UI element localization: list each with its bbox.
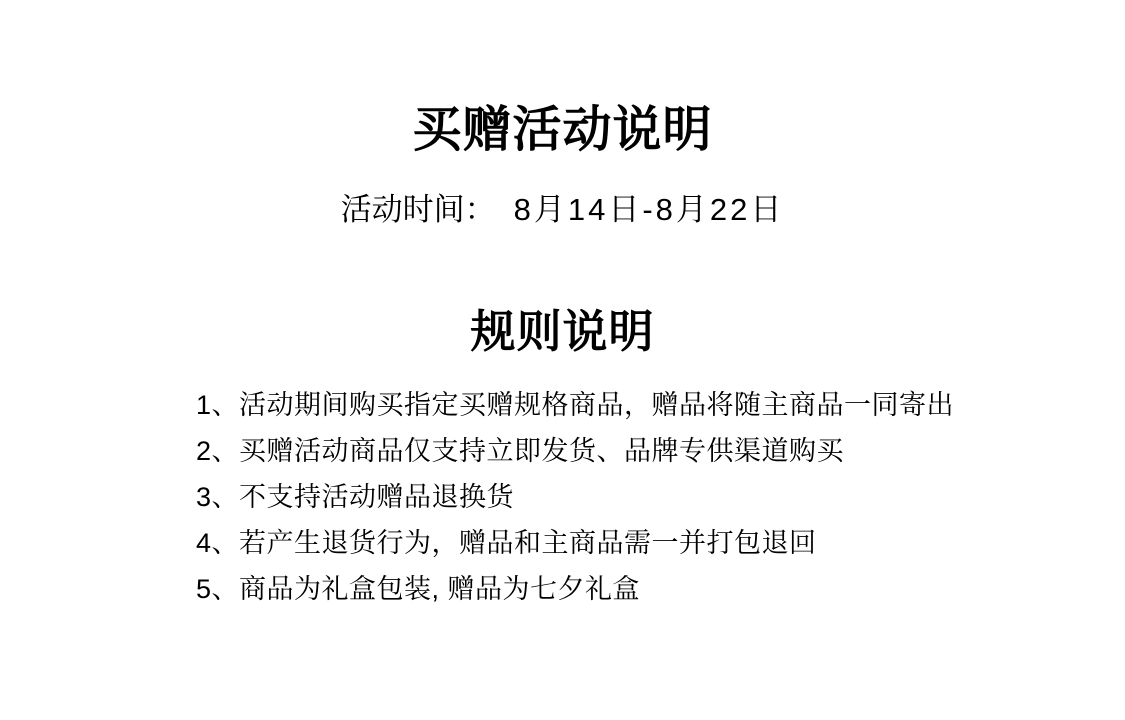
rule-item-4: 4、若产生退货行为，赠品和主商品需一并打包退回 [196,520,1085,566]
activity-time-value: 8月14日-8月22日 [514,192,785,227]
activity-time: 活动时间：8月14日-8月22日 [0,190,1125,230]
rule-item-3: 3、不支持活动赠品退换货 [196,474,1085,520]
rule-item-2: 2、买赠活动商品仅支持立即发货、品牌专供渠道购买 [196,428,1085,474]
rules-heading: 规则说明 [0,305,1125,359]
activity-time-label: 活动时间： [341,192,496,227]
rule-item-1: 1、活动期间购买指定买赠规格商品，赠品将随主商品一同寄出 [196,382,1085,428]
promo-rules-page: 买赠活动说明 活动时间：8月14日-8月22日 规则说明 1、活动期间购买指定买… [0,0,1125,720]
rule-item-5: 5、商品为礼盒包装, 赠品为七夕礼盒 [196,566,1085,612]
page-title: 买赠活动说明 [0,100,1125,161]
rules-list: 1、活动期间购买指定买赠规格商品，赠品将随主商品一同寄出 2、买赠活动商品仅支持… [196,382,1085,612]
